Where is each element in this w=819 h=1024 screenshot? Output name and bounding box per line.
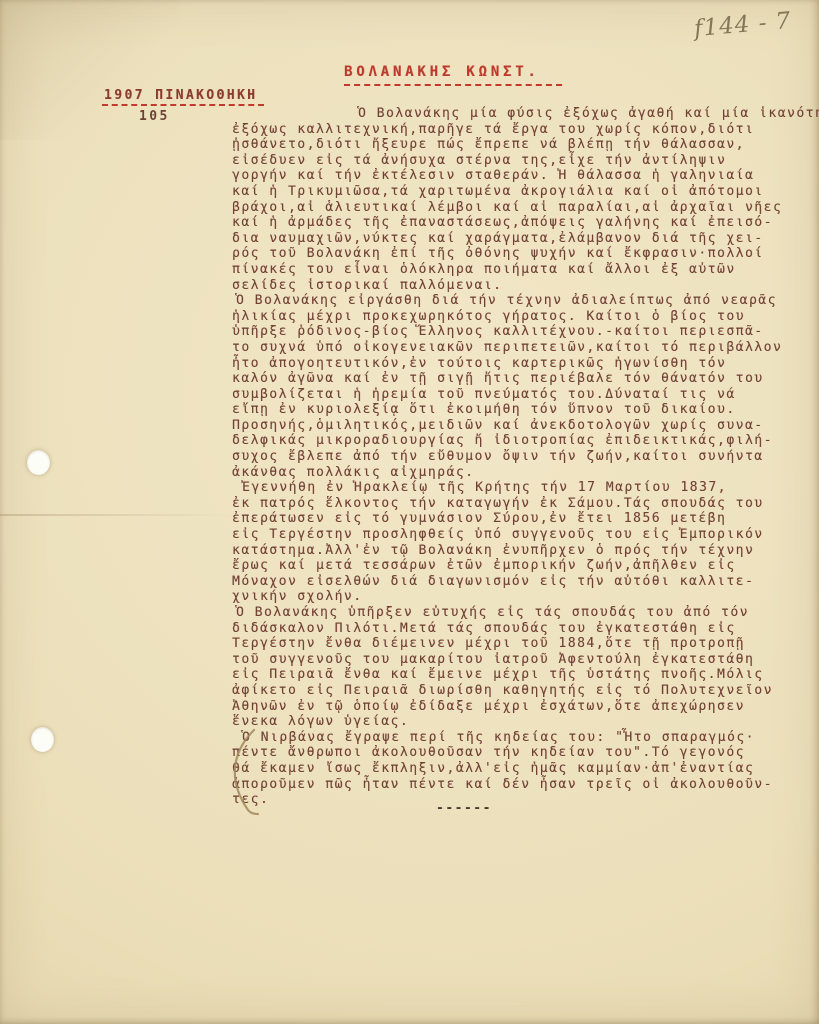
- text-line: ἀκάνθας πολλάκις αἰχμηράς.: [232, 465, 819, 481]
- text-line: Τεργέστην ἔνθα διέμεινεν μέχρι τοῦ 1884,…: [232, 636, 819, 652]
- source-page-number: 105: [139, 109, 170, 124]
- text-line: βράχοι,αἱ ἁλιευτικαί λέμβοι καί αἱ παραλ…: [232, 200, 819, 216]
- text-line: ἐξόχως καλλιτεχνική,παρῆγε τά ἔργα του χ…: [232, 122, 819, 138]
- text-line: χνικήν σχολήν.: [232, 589, 819, 605]
- text-line: Ὁ Νιρβάνας ἔγραψε περί τῆς κηδείας του: …: [232, 730, 819, 746]
- handwritten-archive-mark: f144 - 7: [693, 8, 792, 42]
- text-line: καί ἡ ἀρμάδες τῆς ἐπαναστάσεως,ἀπόψεις γ…: [232, 215, 819, 231]
- text-line: συμβολίζεται ἡ ἠρεμία τοῦ πνεύματός του.…: [232, 387, 819, 403]
- text-line: τες.: [232, 792, 819, 808]
- text-line: ρός τοῦ Βολανάκη ἐπί τῆς ὀθόνης ψυχήν κα…: [232, 246, 819, 262]
- text-line: Ὁ Βολανάκης εἰργάσθη διά τήν τέχνην ἀδια…: [232, 293, 819, 309]
- text-line: ἡλικίας μέχρι προκεχωρηκότος γήρατος. Κα…: [232, 309, 819, 325]
- text-line: δια ναυμαχιῶν,νύκτες καί χαράγματα,ἐλάμβ…: [232, 231, 819, 247]
- text-line: ἦτο ἀπογοητευτικόν,ἐν τούτοις καρτερικῶς…: [232, 356, 819, 372]
- text-line: τοῦ συγγενοῦς του μακαρίτου ἰατροῦ Ἀφεντ…: [232, 652, 819, 668]
- text-line: εἰς Τεργέστην προσληφθείς ὑπό συγγενοῦς …: [232, 527, 819, 543]
- text-line: εἰς Πειραιᾶ ἔνθα καί ἔμεινε μέχρι τῆς ὑσ…: [232, 667, 819, 683]
- text-line: εἰσέδυεν εἰς τά ἀνήσυχα στέρνα της,εἶχε …: [232, 153, 819, 169]
- document-title: ΒΟΛΑΝΑΚΗΣ ΚΩΝΣΤ.: [344, 64, 540, 80]
- paragraph: Ἐγεννήθη ἐν Ἡρακλείῳ τῆς Κρήτης τήν 17 Μ…: [232, 480, 819, 605]
- text-line: εἴπῃ ἐν κυριολεξίᾳ ὅτι ἐκοιμήθη τόν ὕπνο…: [232, 402, 819, 418]
- paragraph: Ὁ Βολανάκης μία φύσις ἐξόχως ἀγαθή καί μ…: [232, 106, 819, 293]
- text-line: το συχνά ὑπό οἰκογενειακῶν περιπετειῶν,κ…: [232, 340, 819, 356]
- title-underline: [344, 84, 562, 86]
- source-header: 1907 ΠΙΝΑΚΟΘΗΚΗ: [104, 88, 257, 103]
- paragraph: Ὁ Βολανάκης εἰργάσθη διά τήν τέχνην ἀδια…: [232, 293, 819, 480]
- text-line: Ὁ Βολανάκης μία φύσις ἐξόχως ἀγαθή καί μ…: [232, 106, 819, 122]
- text-line: ἀφίκετο εἰς Πειραιᾶ διωρίσθη καθηγητής ε…: [232, 683, 819, 699]
- text-line: γοργήν καί τήν ἐκτέλεσιν σταθεράν. Ἡ θάλ…: [232, 168, 819, 184]
- text-line: δελφικάς μικροραδιουργίας ἤ ἰδιοτροπίας …: [232, 433, 819, 449]
- end-mark: ------: [436, 801, 492, 816]
- text-line: Ἐγεννήθη ἐν Ἡρακλείῳ τῆς Κρήτης τήν 17 Μ…: [232, 480, 819, 496]
- scanned-document-page: f144 - 7 ΒΟΛΑΝΑΚΗΣ ΚΩΝΣΤ. 1907 ΠΙΝΑΚΟΘΗΚ…: [0, 0, 819, 1024]
- paragraph: Ὁ Βολανάκης ὑπῆρξεν εὐτυχής εἰς τάς σπου…: [232, 605, 819, 730]
- text-line: Μόναχον εἰσελθών διά διαγωνισμόν εἰς τήν…: [232, 574, 819, 590]
- typewritten-text: Ὁ Βολανάκης μία φύσις ἐξόχως ἀγαθή καί μ…: [232, 106, 819, 808]
- text-line: συχος ἔβλεπε ἀπό τήν εὔθυμον ὄψιν τήν ζω…: [232, 449, 819, 465]
- text-line: ἐκ πατρός ἕλκοντος τήν καταγωγήν ἐκ Σάμο…: [232, 496, 819, 512]
- text-line: κατάστημα.Ἀλλ'ἐν τῷ Βολανάκη ἐνυπῆρχεν ὁ…: [232, 543, 819, 559]
- text-line: ὑπῆρξε ῥόδινος-βίος Ἕλληνος καλλιτέχνου.…: [232, 324, 819, 340]
- paper-edge-shadow: [0, 1016, 819, 1024]
- text-line: ἐπεράτωσεν εἰς τό γυμνάσιον Σύρου,ἐν ἔτε…: [232, 511, 819, 527]
- text-line: διδάσκαλον Πιλότι.Μετά τάς σπουδάς του ἐ…: [232, 621, 819, 637]
- text-line: Προσηνής,ὁμιλητικός,μειδιῶν καί ἀνεκδοτο…: [232, 418, 819, 434]
- punch-hole: [27, 450, 50, 475]
- text-line: καί ἡ Τρικυμιῶσα,τά χαριτωμένα ἀκρογιάλι…: [232, 184, 819, 200]
- punch-hole: [31, 727, 54, 752]
- paper-crease: [0, 514, 238, 516]
- paragraph: Ὁ Νιρβάνας ἔγραψε περί τῆς κηδείας του: …: [232, 730, 819, 808]
- text-line: Ὁ Βολανάκης ὑπῆρξεν εὐτυχής εἰς τάς σπου…: [232, 605, 819, 621]
- text-line: πίνακές του εἶναι ὁλόκληρα ποιήματα καί …: [232, 262, 819, 278]
- text-line: ᾐσθάνετο,διότι ἤξευρε πώς ἔπρεπε νά βλέπ…: [232, 137, 819, 153]
- text-line: ἀποροῦμεν πῶς ἦταν πέντε καί δέν ἦσαν τρ…: [232, 777, 819, 793]
- text-line: ἕνεκα λόγων ὑγείας.: [232, 714, 819, 730]
- text-line: Ἀθηνῶν ἐν τῷ ὁποίῳ ἐδίδαξε μέχρι ἐσχάτων…: [232, 699, 819, 715]
- text-line: σελίδες ἱστορικαί παλλόμεναι.: [232, 278, 819, 294]
- text-line: καλόν ἀγῶνα καί ἐν τῇ σιγῇ ἥτις περιέβαλ…: [232, 371, 819, 387]
- text-line: πέντε ἄνθρωποι ἀκολουθοῦσαν τήν κηδείαν …: [232, 745, 819, 761]
- text-line: θά ἔκαμεν ἴσως ἔκπληξιν,ἀλλ'εἰς ἡμᾶς καμ…: [232, 761, 819, 777]
- text-line: ἔρως καί μετά τεσσάρων ἐτῶν ἐμπορικήν ζω…: [232, 558, 819, 574]
